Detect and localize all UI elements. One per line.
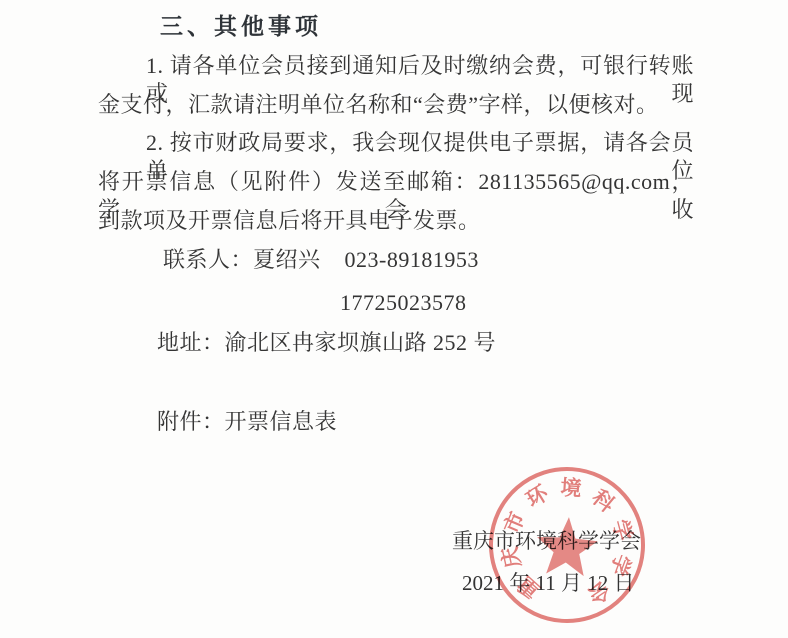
svg-text:学: 学 [605, 551, 635, 579]
paragraph2-line3: 到款项及开票信息后将开具电子发票。 [98, 207, 481, 235]
attachment-line: 附件：开票信息表 [157, 408, 337, 436]
contact-line: 联系人：夏绍兴023-89181953 [163, 246, 479, 274]
svg-text:学: 学 [608, 517, 637, 543]
paragraph1-line2: 金支付，汇款请注明单位名称和“会费”字样，以便核对。 [98, 91, 659, 119]
scanned-notice-page: 三、其他事项 1. 请各单位会员接到通知后及时缴纳会费，可银行转账或现 金支付，… [0, 0, 788, 638]
seal-star-icon [535, 515, 600, 577]
contact-phone-1: 023-89181953 [345, 247, 479, 272]
contact-phone-2: 17725023578 [340, 289, 467, 317]
svg-text:环: 环 [522, 480, 553, 512]
official-seal-stamp: 重庆市环境科学学会 [476, 454, 657, 635]
address-line: 地址：渝北区冉家坝旗山路 252 号 [157, 329, 496, 357]
svg-text:境: 境 [560, 475, 583, 500]
svg-text:会: 会 [583, 576, 614, 608]
svg-text:科: 科 [588, 485, 620, 518]
svg-text:重: 重 [513, 571, 545, 603]
svg-text:市: 市 [499, 508, 529, 537]
contact-person-label: 联系人：夏绍兴 [163, 247, 321, 272]
svg-text:庆: 庆 [497, 544, 525, 570]
section-heading: 三、其他事项 [160, 13, 322, 42]
